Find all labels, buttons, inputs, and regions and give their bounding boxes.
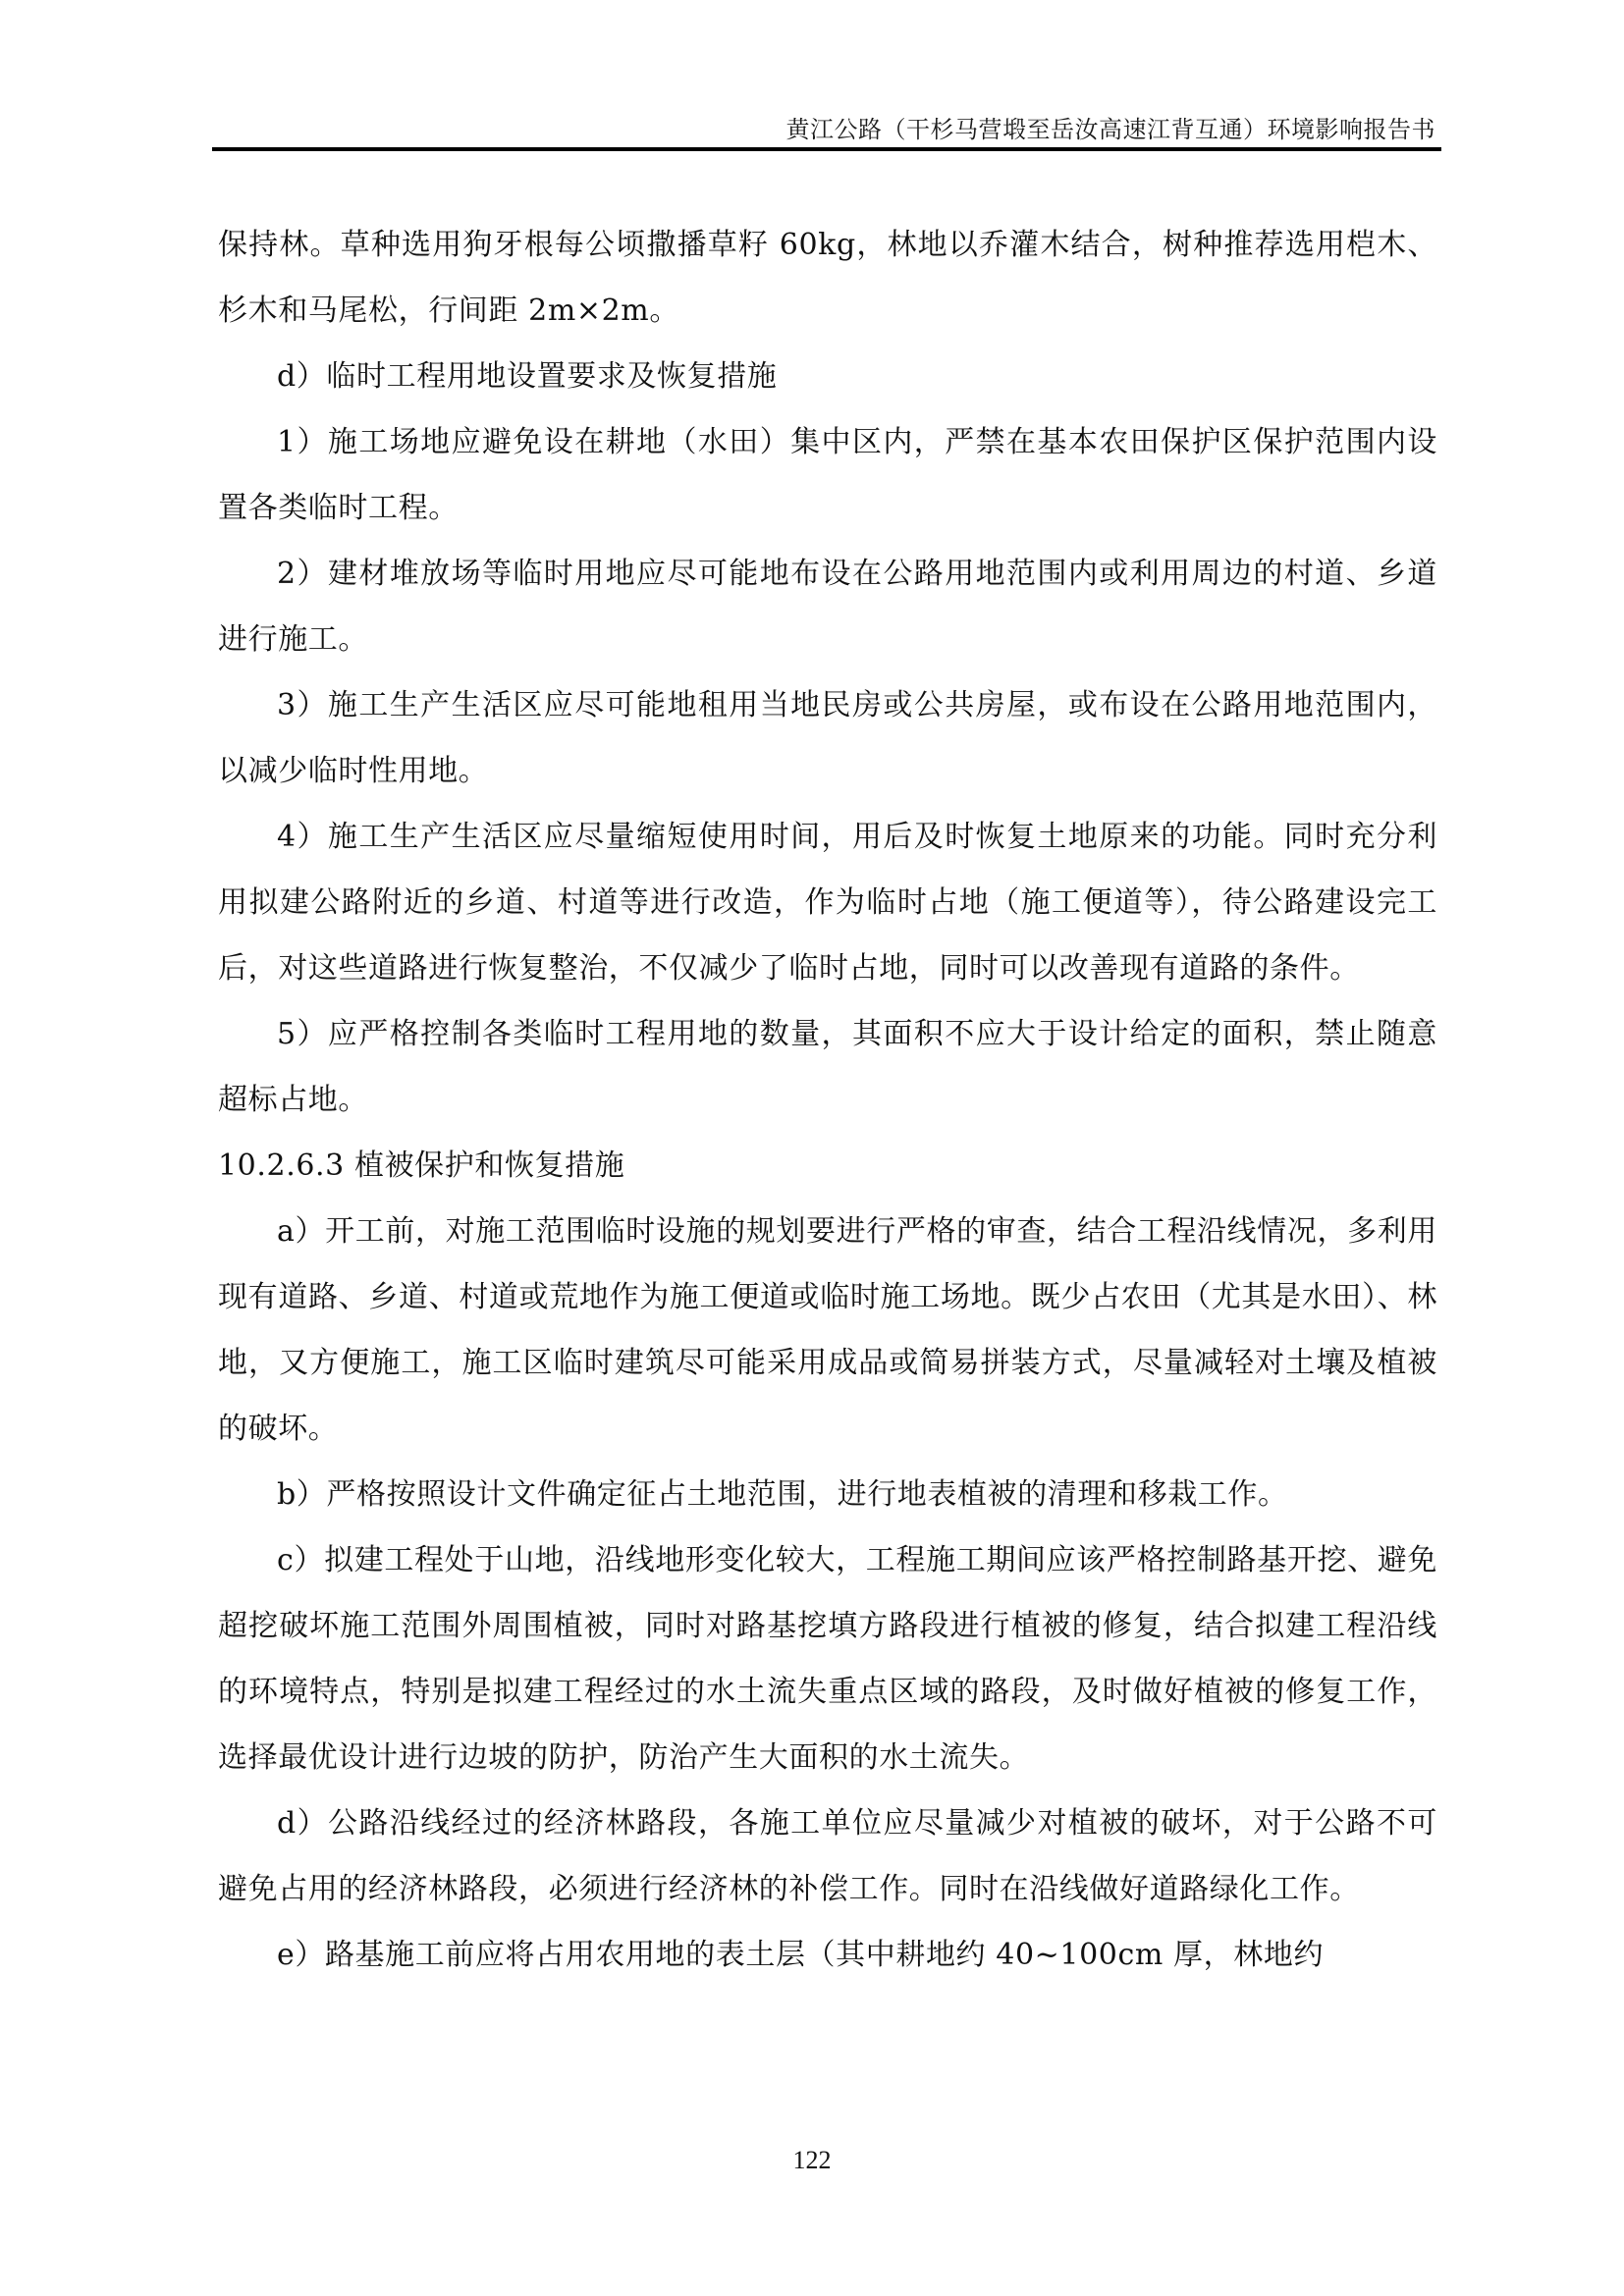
list-item-2: 2）建材堆放场等临时用地应尽可能地布设在公路用地范围内或利用周边的村道、乡道进行… — [218, 541, 1437, 672]
list-item-4: 4）施工生产生活区应尽量缩短使用时间，用后及时恢复土地原来的功能。同时充分利用拟… — [218, 804, 1437, 1001]
list-item-1: 1）施工场地应避免设在耕地（水田）集中区内，严禁在基本农田保护区保护范围内设置各… — [218, 409, 1437, 541]
page-body: 保持林。草种选用狗牙根每公顷撒播草籽 60kg，林地以乔灌木结合，树种推荐选用桤… — [218, 212, 1437, 1988]
list-item-c: c）拟建工程处于山地，沿线地形变化较大，工程施工期间应该严格控制路基开挖、避免超… — [218, 1527, 1437, 1790]
page-number: 122 — [0, 2146, 1624, 2175]
section-heading: 10.2.6.3 植被保护和恢复措施 — [218, 1133, 1437, 1199]
page-header: 黄江公路（干杉马营塅至岳汝高速江背互通）环境影响报告书 — [212, 106, 1441, 151]
list-item-b: b）严格按照设计文件确定征占土地范围，进行地表植被的清理和移栽工作。 — [218, 1462, 1437, 1527]
list-item-3: 3）施工生产生活区应尽可能地租用当地民房或公共房屋，或布设在公路用地范围内，以减… — [218, 672, 1437, 804]
paragraph-continuation: 保持林。草种选用狗牙根每公顷撒播草籽 60kg，林地以乔灌木结合，树种推荐选用桤… — [218, 212, 1437, 344]
document-title: 黄江公路（干杉马营塅至岳汝高速江背互通）环境影响报告书 — [786, 110, 1436, 144]
list-item-a: a）开工前，对施工范围临时设施的规划要进行严格的审查，结合工程沿线情况，多利用现… — [218, 1199, 1437, 1462]
list-item-5: 5）应严格控制各类临时工程用地的数量，其面积不应大于设计给定的面积，禁止随意超标… — [218, 1001, 1437, 1133]
subheading-temporary-land-use: d）临时工程用地设置要求及恢复措施 — [218, 344, 1437, 409]
list-item-d: d）公路沿线经过的经济林路段，各施工单位应尽量减少对植被的破坏，对于公路不可避免… — [218, 1790, 1437, 1922]
list-item-e: e）路基施工前应将占用农用地的表土层（其中耕地约 40~100cm 厚，林地约 — [218, 1922, 1437, 1988]
